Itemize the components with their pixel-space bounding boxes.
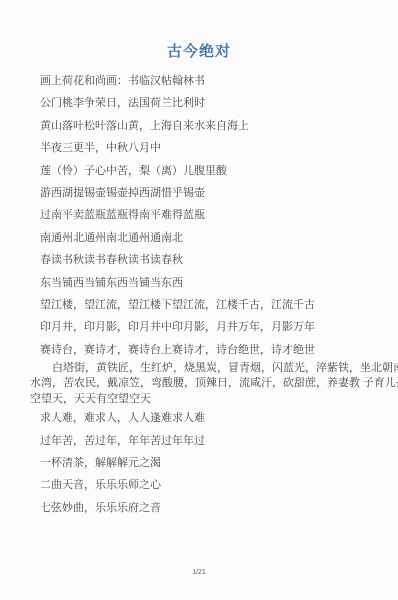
page-number: 1/21 <box>0 569 398 576</box>
couplet-line: 南通州北通州南北通州通南北 <box>40 227 376 249</box>
couplet-line: 游西湖提锡壶锡壶掉西湖惜乎锡壶 <box>40 182 376 204</box>
couplet-line: 春读书秋读书春秋读书读春秋 <box>40 249 376 271</box>
couplet-line: 求人难，难求人，人人逢难求人难 <box>40 407 376 429</box>
couplet-line: 印月井，印月影，印月井中印月影，月井万年，月影万年 <box>40 316 376 338</box>
couplet-line-wrapped: 空望天，天天有空望空天 <box>30 392 376 407</box>
couplet-line: 赛诗台，赛诗才，赛诗台上赛诗才，诗台绝世，诗才绝世 <box>40 339 376 361</box>
couplet-line: 东当铺西当铺东西当铺当东西 <box>40 272 376 294</box>
couplet-line: 公门桃李争荣日，法国荷兰比利时 <box>40 92 376 114</box>
couplet-line: 过南平卖蓝瓶蓝瓶得南平难得蓝瓶 <box>40 204 376 226</box>
couplet-line: 画上荷花和尚画：书临汉帖翰林书 <box>40 70 376 92</box>
couplet-line: 半夜三更半，中秋八月中 <box>40 137 376 159</box>
couplet-line: 七弦妙曲，乐乐乐府之音 <box>40 497 376 519</box>
couplet-line: 黄山落叶松叶落山黄，上海自来水来自海上 <box>40 115 376 137</box>
couplet-line-wrapped: 水湾，苦农民，戴凉笠，弯酸腰，顶辣日，流咸汗，砍甜蔗，养妻教 子育儿孙望天空， <box>30 376 376 391</box>
page-title: 古今绝对 <box>0 40 398 61</box>
couplet-line: 二曲天音，乐乐乐师之心 <box>40 474 376 496</box>
couplet-line: 一杯清茶，解解解元之渴 <box>40 452 376 474</box>
couplet-line: 望江楼，望江流，望江楼下望江流，江楼千古，江流千古 <box>40 294 376 316</box>
couplet-line: 莲（怜）子心中苦，梨（离）儿腹里酸 <box>40 160 376 182</box>
couplet-line-wrapped: 白塔街，黄铁匠，生红炉，烧黑炭，冒青烟，闪蓝光，淬紫铁，坐北朝南 打东西淡 <box>40 361 376 376</box>
document-page: 古今绝对 画上荷花和尚画：书临汉帖翰林书 公门桃李争荣日，法国荷兰比利时 黄山落… <box>0 0 398 600</box>
document-body: 画上荷花和尚画：书临汉帖翰林书 公门桃李争荣日，法国荷兰比利时 黄山落叶松叶落山… <box>40 70 376 519</box>
couplet-line: 过年苦，苦过年，年年苦过年年过 <box>40 430 376 452</box>
